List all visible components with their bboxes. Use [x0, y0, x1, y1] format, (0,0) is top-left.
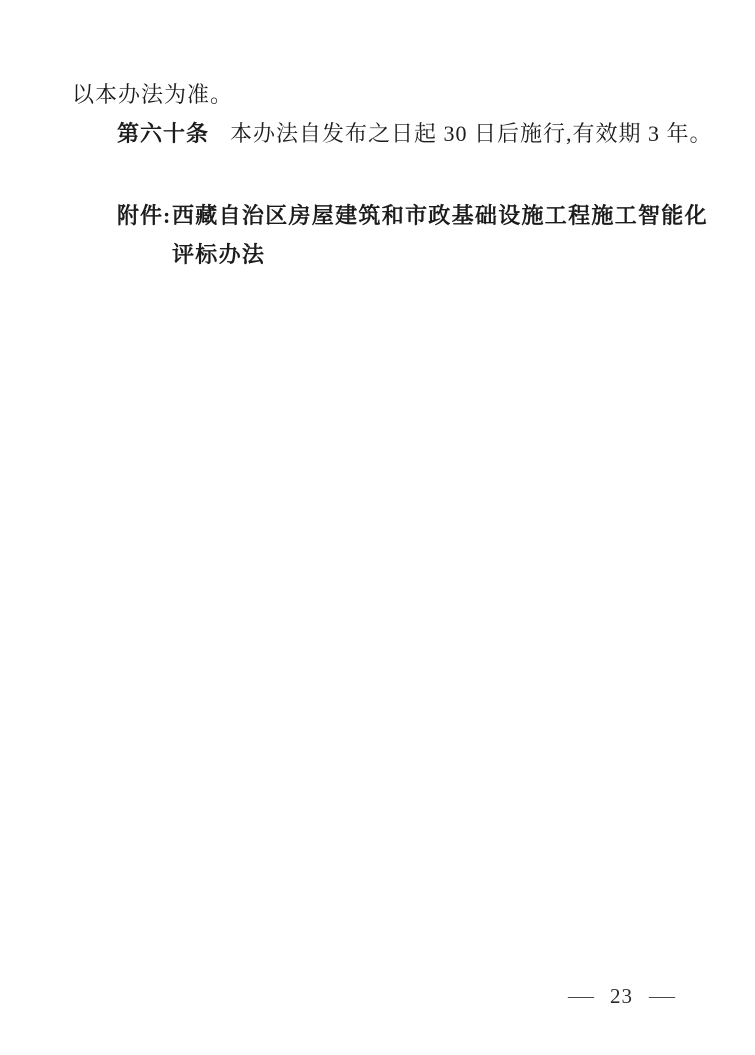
article-paragraph: 第六十条本办法自发布之日起 30 日后施行,有效期 3 年。: [72, 114, 697, 153]
footer-dash-right: —: [649, 983, 675, 1009]
attachment-block: 附件: 西藏自治区房屋建筑和市政基础设施工程施工智能化 评标办法: [72, 196, 697, 274]
footer-dash-left: —: [568, 983, 594, 1009]
attachment-title-line-2: 评标办法: [172, 235, 708, 274]
attachment-label: 附件:: [117, 196, 172, 235]
document-page: 以本办法为准。 第六十条本办法自发布之日起 30 日后施行,有效期 3 年。 附…: [0, 0, 755, 1055]
page-number: 23: [610, 983, 633, 1009]
attachment-title-line-1: 西藏自治区房屋建筑和市政基础设施工程施工智能化: [172, 196, 708, 235]
paragraph-intro-line: 以本办法为准。: [72, 75, 697, 114]
article-heading: 第六十条: [117, 121, 209, 146]
document-content: 以本办法为准。 第六十条本办法自发布之日起 30 日后施行,有效期 3 年。 附…: [72, 75, 697, 274]
page-footer: — 23 —: [571, 983, 672, 1009]
article-body-text: 本办法自发布之日起 30 日后施行,有效期 3 年。: [230, 121, 713, 146]
attachment-title: 西藏自治区房屋建筑和市政基础设施工程施工智能化 评标办法: [172, 196, 708, 274]
